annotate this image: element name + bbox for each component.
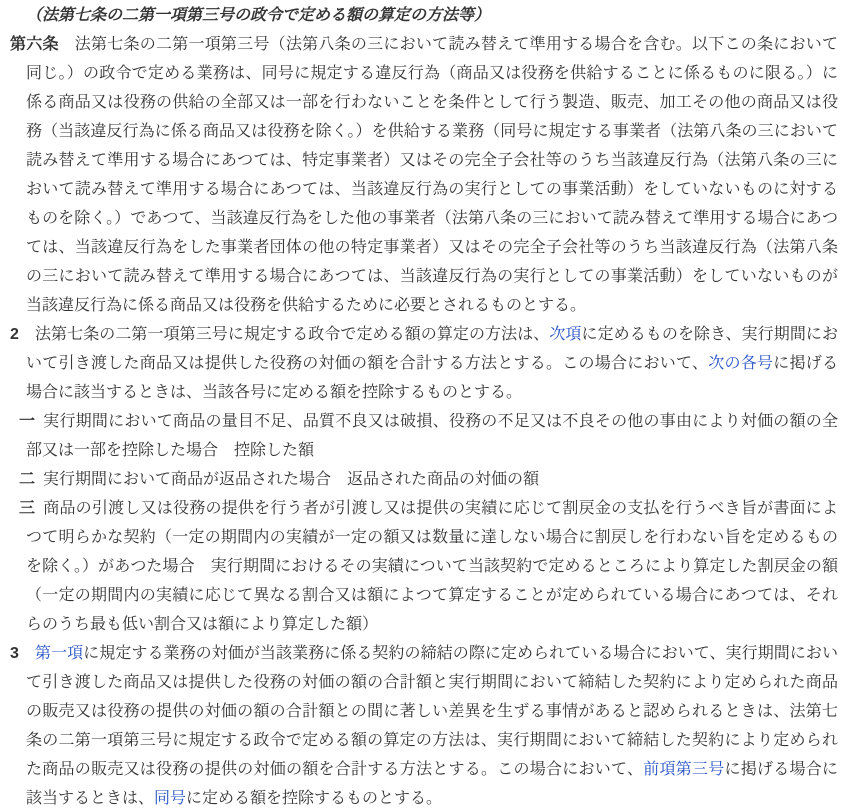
text-segment: 商品の引渡し又は役務の提供を行う者が引渡し又は提供の実績に応じて割戻金の支払を行… xyxy=(26,500,838,633)
item-2: 二実行期間において商品が返品された場合 返品された商品の対価の額 xyxy=(10,465,838,494)
law-reference-link[interactable]: 同号 xyxy=(154,790,186,807)
paragraph-2-label: 2 xyxy=(10,326,19,343)
text-segment: に規定する業務の対価が当該業務に係る契約の締結の際に定められている場合において、… xyxy=(26,645,838,778)
law-reference-link[interactable]: 次項 xyxy=(549,326,581,343)
law-document: （法第七条の二第一項第三号の政令で定める額の算定の方法等） 第六条法第七条の二第… xyxy=(0,0,842,811)
paragraph-3: 3第一項に規定する業務の対価が当該業務に係る契約の締結の際に定められている場合に… xyxy=(10,639,838,811)
text-segment: 実行期間において商品が返品された場合 返品された商品の対価の額 xyxy=(43,471,539,488)
article-6: 第六条法第七条の二第一項第三号（法第八条の三において読み替えて準用する場合を含む… xyxy=(10,30,838,320)
law-reference-link[interactable]: 第一項 xyxy=(35,645,83,662)
text-segment: 実行期間において商品の量目不足、品質不良又は破損、役務の不足又は不良その他の事由… xyxy=(26,413,838,459)
item-1-label: 一 xyxy=(19,413,35,430)
item-3-label: 三 xyxy=(19,500,35,517)
article-heading: （法第七条の二第一項第三号の政令で定める額の算定の方法等） xyxy=(10,1,838,30)
item-1: 一実行期間において商品の量目不足、品質不良又は破損、役務の不足又は不良その他の事… xyxy=(10,407,838,465)
paragraph-2: 2法第七条の二第一項第三号に規定する政令で定める額の算定の方法は、次項に定めるも… xyxy=(10,320,838,407)
law-reference-link[interactable]: 前項第三号 xyxy=(643,761,724,778)
item-3: 三商品の引渡し又は役務の提供を行う者が引渡し又は提供の実績に応じて割戻金の支払を… xyxy=(10,494,838,639)
article-body: 第六条法第七条の二第一項第三号（法第八条の三において読み替えて準用する場合を含む… xyxy=(10,30,838,811)
paragraph-3-label: 3 xyxy=(10,645,19,662)
article-6-label: 第六条 xyxy=(10,36,59,53)
item-2-label: 二 xyxy=(19,471,35,488)
text-segment: 法第七条の二第一項第三号に規定する政令で定める額の算定の方法は、 xyxy=(35,326,549,343)
text-segment: 法第七条の二第一項第三号（法第八条の三において読み替えて準用する場合を含む。以下… xyxy=(26,36,838,314)
law-reference-link[interactable]: 次の各号 xyxy=(708,355,773,372)
text-segment: に定める額を控除するものとする。 xyxy=(186,790,442,807)
